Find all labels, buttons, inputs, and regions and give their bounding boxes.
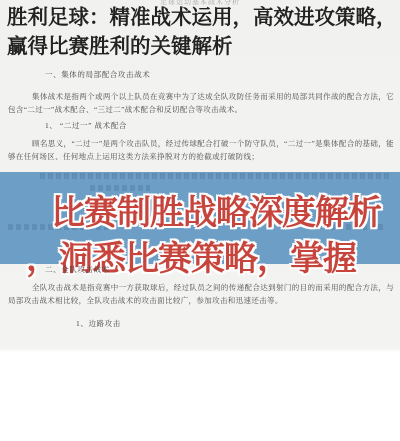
section-heading-2: 1、 “二过一” 战术配合	[45, 120, 127, 131]
article-page: 足球运动基本战术分析 胜利足球：精准战术运用，高效进攻策略，赢得比赛胜利的关键解…	[0, 0, 400, 441]
ghost-text-line	[40, 173, 390, 179]
paragraph-1: 集体战术是指两个或两个以上队员在竞赛中为了达成全队攻防任务而采用的局部共同作战的…	[8, 90, 394, 116]
section-heading-3: 二、全队攻击战术	[45, 264, 110, 275]
section-heading-1: 一、集体的局部配合攻击战术	[45, 69, 150, 80]
section-heading-4: 1、边路攻击	[76, 318, 121, 329]
overlay-title-line1: 比赛制胜战略深度解析	[51, 185, 381, 234]
page-title: 胜利足球：精准战术运用，高效进攻策略，赢得比赛胜利的关键解析	[7, 3, 399, 61]
paragraph-2: 顾名思义，“二过一”是两个攻击队员，经过传球配合打破一个防守队员，“二过一”是集…	[8, 137, 394, 163]
paragraph-3: 全队攻击战术是指竞赛中一方获取球后，经过队员之间的传递配合达到射门的目的而采用的…	[8, 281, 394, 307]
